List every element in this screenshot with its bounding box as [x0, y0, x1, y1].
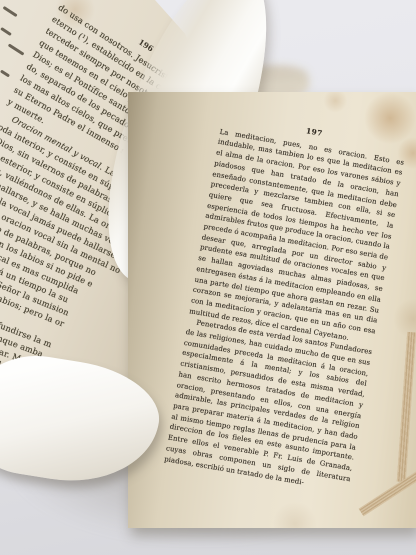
- right-page-paragraph-1: La meditacion, pues, no es oracion. Esto…: [188, 126, 405, 347]
- fore-edge-bottom: [359, 461, 416, 516]
- right-page-paragraph-2: Penetrados de esta verdad los santos Fun…: [163, 316, 372, 495]
- left-page-number: 196: [137, 37, 155, 53]
- photo-scene: 196 do usa con nosotros. Jesucristo es e…: [0, 0, 416, 555]
- cropped-text-mark: [0, 27, 12, 36]
- cropped-text-mark: [0, 70, 10, 78]
- cropped-text-mark: [2, 6, 17, 18]
- right-page: 197 La meditacion, pues, no es oracion. …: [128, 92, 416, 528]
- cropped-text-mark: [8, 43, 25, 56]
- fore-edge-right: [397, 332, 416, 482]
- right-page-text-block: 197 La meditacion, pues, no es oracion. …: [163, 112, 407, 495]
